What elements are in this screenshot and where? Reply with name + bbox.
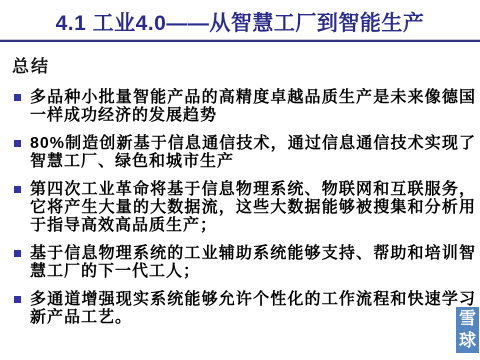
bullet-item: 多通道增强现实系统能够允许个性化的工作流程和快速学习新产品工艺。: [12, 291, 476, 326]
logo-char-bottom: 球: [459, 330, 476, 352]
bullet-text: 多通道增强现实系统能够允许个性化的工作流程和快速学习新产品工艺。: [30, 291, 476, 326]
square-bullet-icon: [14, 94, 21, 101]
square-bullet-icon: [14, 250, 21, 257]
presentation-slide: 4.1 工业4.0——从智慧工厂到智能生产 总结 多品种小批量智能产品的高精度卓…: [0, 0, 480, 360]
title-divider-line: [0, 39, 480, 42]
slide-title: 4.1 工业4.0——从智慧工厂到智能生产: [0, 7, 480, 37]
logo-char-top: 雪: [459, 308, 476, 330]
square-bullet-icon: [14, 296, 21, 303]
bullet-list: 多品种小批量智能产品的高精度卓越品质生产是未来像德国一样成功经济的发展趋势 80…: [12, 89, 478, 327]
bullet-item: 第四次工业革命将基于信息物理系统、物联网和互联服务，它将产生大量的大数据流，这些…: [12, 181, 476, 234]
bullet-text: 第四次工业革命将基于信息物理系统、物联网和互联服务，它将产生大量的大数据流，这些…: [30, 181, 476, 233]
snowball-logo: 雪 球: [456, 307, 479, 353]
bullet-text: 多品种小批量智能产品的高精度卓越品质生产是未来像德国一样成功经济的发展趋势: [30, 89, 476, 124]
bullet-text: 80%制造创新基于信息通信技术，通过信息通信技术实现了智慧工厂、绿色和城市生产: [30, 135, 476, 170]
section-heading: 总结: [12, 52, 478, 77]
bullet-item: 基于信息物理系统的工业辅助系统能够支持、帮助和培训智慧工厂的下一代工人；: [12, 245, 476, 280]
square-bullet-icon: [14, 186, 21, 193]
bullet-text: 基于信息物理系统的工业辅助系统能够支持、帮助和培训智慧工厂的下一代工人；: [30, 245, 476, 280]
bullet-item: 多品种小批量智能产品的高精度卓越品质生产是未来像德国一样成功经济的发展趋势: [12, 89, 476, 124]
square-bullet-icon: [14, 140, 21, 147]
slide-body: 总结 多品种小批量智能产品的高精度卓越品质生产是未来像德国一样成功经济的发展趋势…: [12, 52, 478, 338]
bullet-item: 80%制造创新基于信息通信技术，通过信息通信技术实现了智慧工厂、绿色和城市生产: [12, 135, 476, 170]
